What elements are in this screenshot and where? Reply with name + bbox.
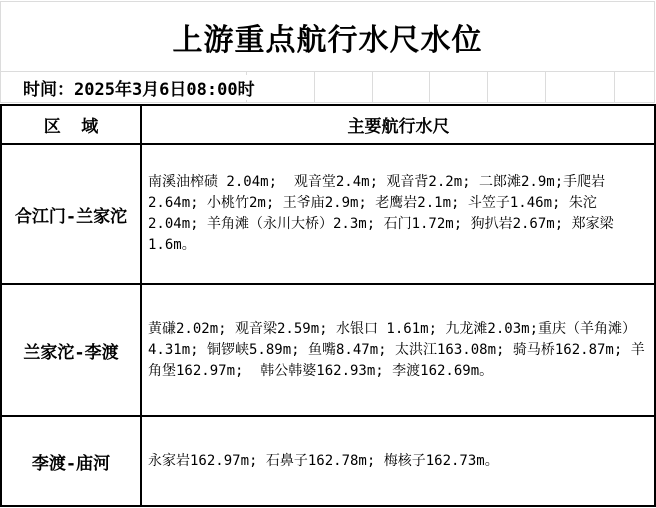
region-cell: 兰家沱-李渡	[2, 285, 142, 415]
report-time: 时间：2025年3月6日08:00时	[1, 75, 255, 100]
table-header-row: 区 域 主要航行水尺	[2, 106, 654, 143]
spreadsheet-gridline	[372, 72, 373, 103]
time-band: 时间：2025年3月6日08:00时	[1, 72, 654, 103]
region-label: 合江门-兰家沱	[15, 202, 127, 227]
title-band: 上游重点航行水尺水位	[1, 2, 654, 72]
water-level-table: 区 域 主要航行水尺 合江门-兰家沱 南溪油榨碛 2.04m; 观音堂2.4m;…	[0, 104, 656, 507]
table-row: 李渡-庙河 永家岩162.97m; 石鼻子162.78m; 梅核子162.73m…	[2, 415, 654, 505]
spreadsheet-gridline	[314, 72, 315, 103]
header-gauges: 主要航行水尺	[142, 106, 654, 143]
spreadsheet-gridline	[614, 72, 615, 103]
gauges-text: 南溪油榨碛 2.04m; 观音堂2.4m; 观音背2.2m; 二郎滩2.9m;手…	[148, 172, 614, 256]
spreadsheet-gridline	[429, 72, 430, 103]
spreadsheet-gridline	[487, 72, 488, 103]
region-cell: 合江门-兰家沱	[2, 145, 142, 283]
gauges-text: 永家岩162.97m; 石鼻子162.78m; 梅核子162.73m。	[148, 451, 499, 472]
table-row: 合江门-兰家沱 南溪油榨碛 2.04m; 观音堂2.4m; 观音背2.2m; 二…	[2, 143, 654, 283]
header-region: 区 域	[2, 106, 142, 143]
page-title: 上游重点航行水尺水位	[173, 15, 483, 59]
region-cell: 李渡-庙河	[2, 417, 142, 505]
gauges-cell: 黄磏2.02m; 观音梁2.59m; 水银口 1.61m; 九龙滩2.03m;重…	[142, 285, 654, 415]
gauges-cell: 永家岩162.97m; 石鼻子162.78m; 梅核子162.73m。	[142, 417, 654, 505]
gauges-cell: 南溪油榨碛 2.04m; 观音堂2.4m; 观音背2.2m; 二郎滩2.9m;手…	[142, 145, 654, 283]
spreadsheet-gridline	[545, 72, 546, 103]
top-section: 上游重点航行水尺水位 时间：2025年3月6日08:00时	[0, 1, 655, 103]
region-label: 李渡-庙河	[32, 449, 110, 474]
gauges-text: 黄磏2.02m; 观音梁2.59m; 水银口 1.61m; 九龙滩2.03m;重…	[148, 319, 645, 382]
region-label: 兰家沱-李渡	[23, 338, 118, 363]
table-row: 兰家沱-李渡 黄磏2.02m; 观音梁2.59m; 水银口 1.61m; 九龙滩…	[2, 283, 654, 415]
water-level-sheet: 上游重点航行水尺水位 时间：2025年3月6日08:00时 区 域 主要航行水尺…	[0, 0, 656, 508]
